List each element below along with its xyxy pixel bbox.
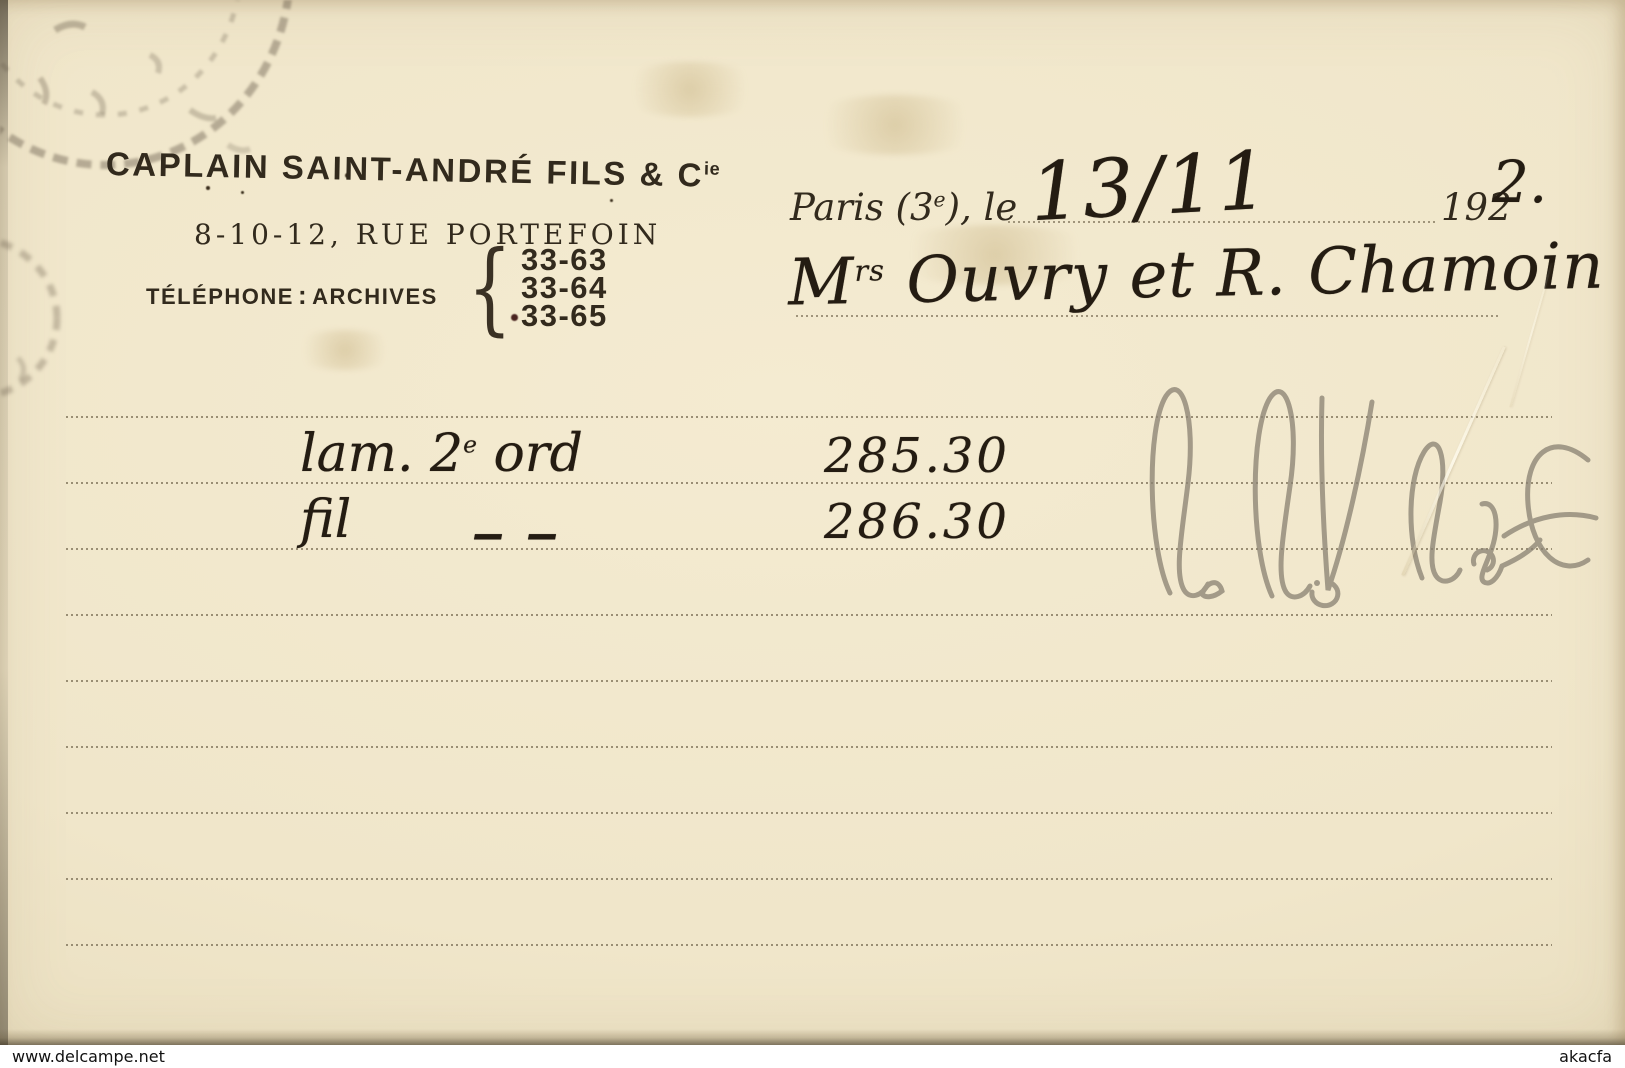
ink-bleed-blot	[290, 330, 400, 370]
ink-bleed-blot	[615, 62, 765, 117]
ledger-item: fil	[300, 490, 351, 550]
ruled-line	[66, 812, 1552, 814]
handwritten-year-digit: 2.	[1492, 148, 1547, 216]
handwritten-date: 13/11	[1028, 134, 1273, 239]
ditto-dash: ‒	[526, 506, 558, 560]
ruled-line	[66, 878, 1552, 880]
pencil-annotation-scrawl	[1100, 368, 1600, 638]
ruled-line	[66, 746, 1552, 748]
dateline-printed: Paris (3e), le	[790, 186, 1017, 229]
handwritten-addressee: Mrs Ouvry et R. Chamoin	[787, 229, 1605, 320]
ink-speck	[241, 191, 244, 194]
brace-glyph: {	[468, 238, 513, 338]
company-suffix: ie	[704, 158, 721, 178]
ink-speck	[206, 186, 210, 190]
ruled-line	[66, 944, 1552, 946]
watermark-right-text: akacfa	[1559, 1047, 1612, 1066]
telephone-label: TÉLÉPHONE:ARCHIVES	[146, 280, 438, 311]
telephone-numbers: 33-63 33-64 33-65	[521, 246, 608, 330]
postmark-smudge-icon	[0, 240, 100, 400]
telephone-number: 33-65	[521, 302, 608, 330]
addressee-dotted-line	[796, 315, 1500, 317]
ledger-item: lam. 2e ord	[300, 424, 583, 484]
colon-glyph: :	[294, 280, 312, 310]
ink-bleed-blot	[800, 95, 990, 155]
scanned-postcard-image: CAPLAIN SAINT-ANDRÉ FILS & Cie 8-10-12, …	[0, 0, 1625, 1068]
ink-speck	[610, 199, 613, 202]
ledger-value: 285.30	[824, 428, 1010, 484]
ditto-dash: ‒	[472, 506, 504, 560]
postcard: CAPLAIN SAINT-ANDRÉ FILS & Cie 8-10-12, …	[0, 0, 1625, 1045]
watermark-left-text: www.delcampe.net	[12, 1047, 165, 1066]
ruled-line	[66, 680, 1552, 682]
watermark-strip: www.delcampe.net akacfa	[0, 1045, 1625, 1068]
ledger-value: 286.30	[824, 494, 1010, 550]
